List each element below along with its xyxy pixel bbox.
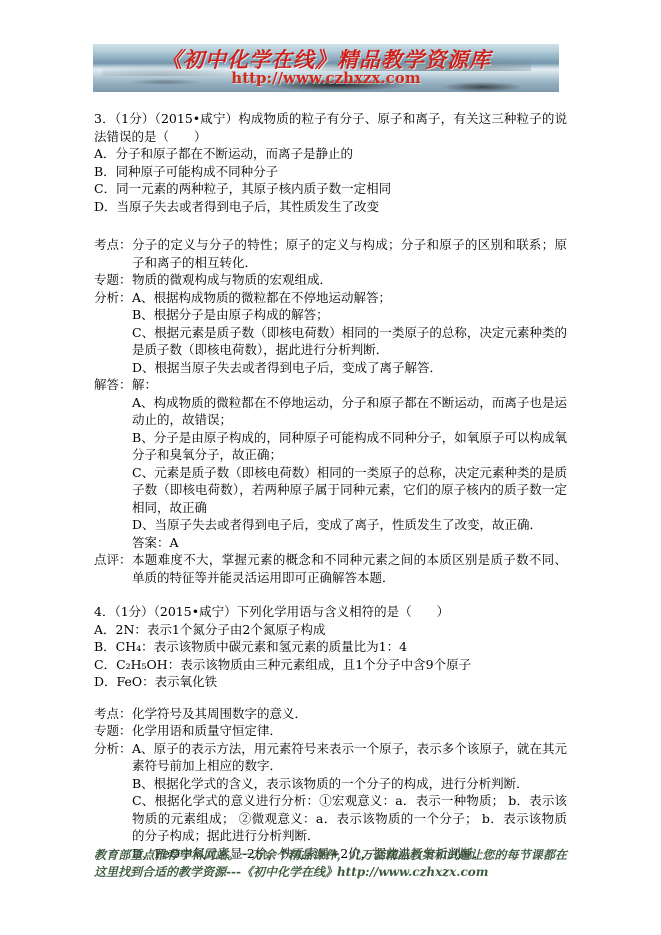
- row-paragraph: B、分子是由原子构成的，同种原子可能构成不同种分子，如氧原子可以构成氧分子和臭氧…: [132, 429, 567, 464]
- row-content: 化学符号及其周围数字的意义．: [132, 705, 567, 723]
- q4-stem: 4．（1分）（2015•咸宁）下列化学用语与含义相符的是（ ）: [94, 603, 567, 621]
- row-paragraph: C、元素是质子数（即核电荷数）相同的一类原子的总称，决定元素种类的是质子数（即核…: [132, 464, 567, 517]
- q4-option-d: D．FeO：表示氧化铁: [94, 673, 567, 691]
- q3-row-jieda: 解答： 解： A、构成物质的微粒都在不停地运动，分子和原子都在不断运动，而离子也…: [94, 376, 567, 551]
- row-label: 考点：: [94, 236, 132, 254]
- row-paragraph: A、根据构成物质的微粒都在不停地运动解答；: [132, 289, 567, 307]
- question-4: 4．（1分）（2015•咸宁）下列化学用语与含义相符的是（ ） A．2N：表示1…: [94, 603, 567, 691]
- row-paragraph: A、构成物质的微粒都在不停地运动，分子和原子都在不断运动，而离子也是运动止的，故…: [132, 394, 567, 429]
- row-paragraph: B、根据化学式的含义，表示该物质的一个分子的构成，进行分析判断．: [132, 775, 567, 793]
- row-content: 化学用语和质量守恒定律．: [132, 722, 567, 740]
- q3-row-kaodian: 考点： 分子的定义与分子的特性；原子的定义与构成；分子和原子的区别和联系；原子和…: [94, 236, 567, 271]
- row-content: A、根据构成物质的微粒都在不停地运动解答； B、根据分子是由原子构成的解答； C…: [132, 289, 567, 377]
- row-label: 专题：: [94, 722, 132, 740]
- row-paragraph: D、当原子失去或者得到电子后，变成了离子，性质发生了改变，故正确．: [132, 516, 567, 534]
- row-paragraph: D、根据当原子失去或者得到电子后，变成了离子解答．: [132, 359, 567, 377]
- row-label: 专题：: [94, 271, 132, 289]
- q3-stem: 3．（1分）（2015•咸宁）构成物质的粒子有分子、原子和离子，有关这三种粒子的…: [94, 110, 567, 145]
- row-label: 分析：: [94, 740, 132, 758]
- q3-option-a: A．分子和原子都在不断运动，而离子是静止的: [94, 145, 567, 163]
- q4-row-zhuanti: 专题： 化学用语和质量守恒定律．: [94, 722, 567, 740]
- row-label: 分析：: [94, 289, 132, 307]
- row-label: 解答：: [94, 376, 132, 394]
- q4-row-fenxi: 分析： A、原子的表示方法，用元素符号来表示一个原子，表示多个该原子，就在其元素…: [94, 740, 567, 863]
- row-paragraph: A、原子的表示方法，用元素符号来表示一个原子，表示多个该原子，就在其元素符号前加…: [132, 740, 567, 775]
- q4-option-b: B．CH₄：表示该物质中碳元素和氢元素的质量比为1：4: [94, 638, 567, 656]
- row-content: 解： A、构成物质的微粒都在不停地运动，分子和原子都在不断运动，而离子也是运动止…: [132, 376, 567, 551]
- row-paragraph: 解：: [132, 376, 567, 394]
- banner-site-url: http://www.czhxzx.com: [231, 70, 420, 87]
- q3-row-dianping: 点评： 本题难度不大，掌握元素的概念和不同种元素之间的本质区别是质子数不同、单质…: [94, 551, 567, 586]
- row-paragraph: C、根据元素是质子数（即核电荷数）相同的一类原子的总称，决定元素种类的是质子数（…: [132, 324, 567, 359]
- document-page: 《初中化学在线》精品教学资源库 http://www.czhxzx.com 3．…: [0, 0, 661, 935]
- footer-note: 教育部重点推荐学科网站。一万余个精品课件，几万套精品教案和试题让您的每节课都在这…: [94, 847, 567, 881]
- row-label: 考点：: [94, 705, 132, 723]
- q3-row-fenxi: 分析： A、根据构成物质的微粒都在不停地运动解答； B、根据分子是由原子构成的解…: [94, 289, 567, 377]
- question-3: 3．（1分）（2015•咸宁）构成物质的粒子有分子、原子和离子，有关这三种粒子的…: [94, 110, 567, 215]
- q4-analysis-table: 考点： 化学符号及其周围数字的意义． 专题： 化学用语和质量守恒定律． 分析： …: [94, 705, 567, 863]
- row-content: 分子的定义与分子的特性；原子的定义与构成；分子和原子的区别和联系；原子和离子的相…: [132, 236, 567, 271]
- q3-option-c: C．同一元素的两种粒子，其原子核内质子数一定相同: [94, 180, 567, 198]
- banner-site-title: 《初中化学在线》精品教学资源库: [161, 48, 491, 71]
- q3-option-b: B．同种原子可能构成不同种分子: [94, 163, 567, 181]
- row-label: 点评：: [94, 551, 132, 569]
- row-content: 本题难度不大，掌握元素的概念和不同种元素之间的本质区别是质子数不同、单质的特征等…: [132, 551, 567, 586]
- banner-text-overlay: 《初中化学在线》精品教学资源库 http://www.czhxzx.com: [93, 44, 559, 92]
- q4-option-c: C．C₂H₅OH：表示该物质由三种元素组成，且1个分子中含9个原子: [94, 656, 567, 674]
- q4-row-kaodian: 考点： 化学符号及其周围数字的意义．: [94, 705, 567, 723]
- row-paragraph: B、根据分子是由原子构成的解答；: [132, 306, 567, 324]
- header-banner-image: 《初中化学在线》精品教学资源库 http://www.czhxzx.com: [93, 44, 559, 92]
- row-paragraph: C、根据化学式的意义进行分析：①宏观意义：a．表示一种物质； b．表示该物质的元…: [132, 792, 567, 845]
- q3-row-zhuanti: 专题： 物质的微观构成与物质的宏观组成．: [94, 271, 567, 289]
- document-body: 3．（1分）（2015•咸宁）构成物质的粒子有分子、原子和离子，有关这三种粒子的…: [94, 110, 567, 862]
- row-content: A、原子的表示方法，用元素符号来表示一个原子，表示多个该原子，就在其元素符号前加…: [132, 740, 567, 863]
- q3-analysis-table: 考点： 分子的定义与分子的特性；原子的定义与构成；分子和原子的区别和联系；原子和…: [94, 236, 567, 586]
- q4-option-a: A．2N：表示1个氮分子由2个氮原子构成: [94, 621, 567, 639]
- row-content: 物质的微观构成与物质的宏观组成．: [132, 271, 567, 289]
- q3-option-d: D．当原子失去或者得到电子后，其性质发生了改变: [94, 198, 567, 216]
- q3-answer-line: 答案：A: [132, 534, 567, 552]
